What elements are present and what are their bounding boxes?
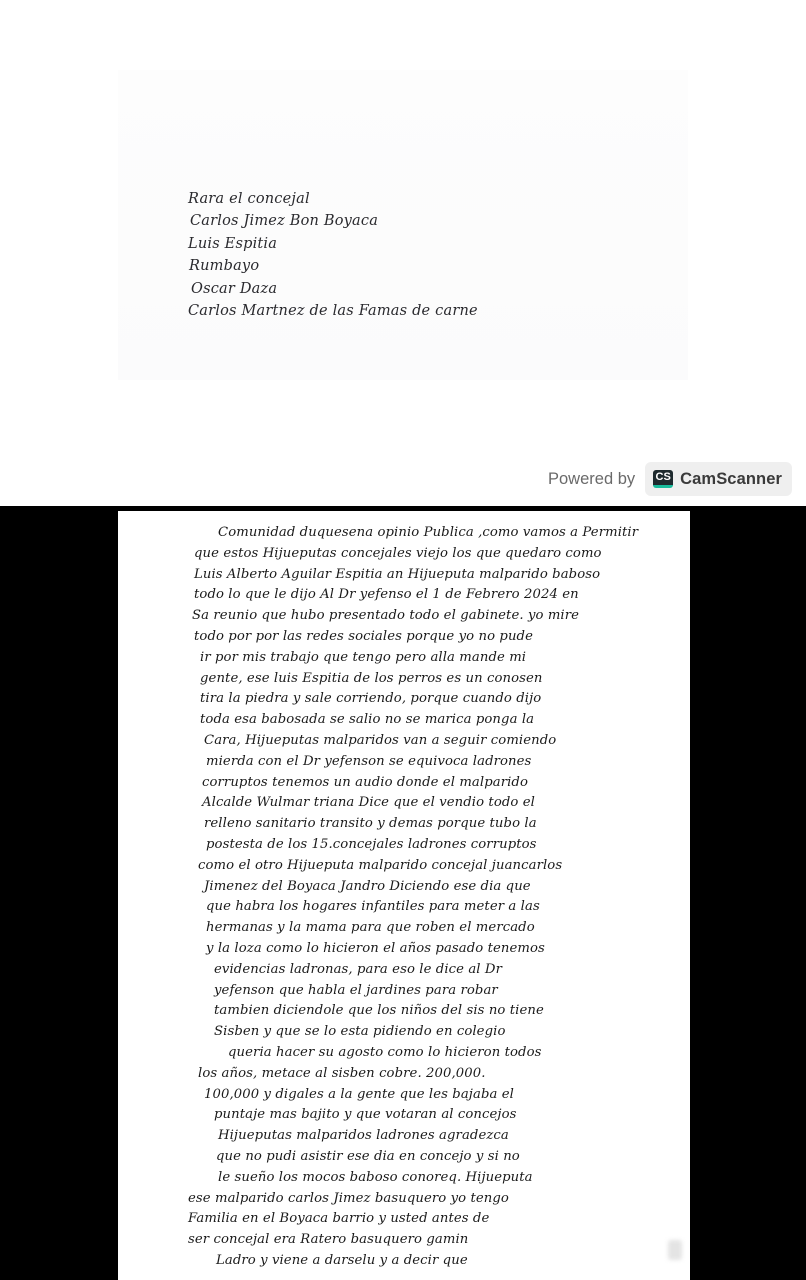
letter-line: evidencias ladronas, para eso le dice al… [118,960,690,981]
camscanner-badge: CS CamScanner [645,462,792,496]
recipients-list: Rara el concejal Carlos Jimez Bon Boyaca… [188,188,648,322]
letter-line: postesta de los 15.concejales ladrones c… [118,835,690,856]
letter-line: todo por por las redes sociales porque y… [118,627,690,648]
letter-line: relleno sanitario transito y demas porqu… [118,814,690,835]
letter-line: Cara, Hijueputas malparidos van a seguir… [118,731,690,752]
letter-line: que estos Hijueputas concejales viejo lo… [118,544,690,565]
camscanner-logo-icon: CS [653,470,673,488]
letter-line: Sisben y que se lo esta pidiendo en cole… [118,1022,690,1043]
camscanner-watermark: Powered by CS CamScanner [548,462,792,496]
letter-line: que no pudi asistir ese dia en concejo y… [118,1147,690,1168]
letter-line: puntaje mas bajito y que votaran al conc… [118,1105,690,1126]
letter-line: tambien diciendole que los niños del sis… [118,1001,690,1022]
letter-line: y la loza como lo hicieron el años pasad… [118,939,690,960]
letter-line: mierda con el Dr yefenson se equivoca la… [118,752,690,773]
letter-line: Jimenez del Boyaca Jandro Diciendo ese d… [118,877,690,898]
top-scanned-page: Rara el concejal Carlos Jimez Bon Boyaca… [0,0,806,506]
powered-by-label: Powered by [548,470,635,489]
letter-line: Sa reunio que hubo presentado todo el ga… [118,606,690,627]
letter-text-lines: Comunidad duquesena opinio Publica ,como… [118,523,690,1272]
letter-line: 100,000 y digales a la gente que les baj… [118,1085,690,1106]
letter-line: los años, metace al sisben cobre. 200,00… [118,1064,690,1085]
letter-line: le sueño los mocos baboso conoreq. Hijue… [118,1168,690,1189]
letter-line: que habra los hogares infantiles para me… [118,897,690,918]
letter-line: ser concejal era Ratero basuquero gamin [118,1230,690,1251]
letter-line: ese malparido carlos Jimez basuquero yo … [118,1189,690,1210]
recipient-line: Oscar Daza [188,278,648,300]
recipient-line: Carlos Martnez de las Famas de carne [188,300,648,322]
letter-line: Luis Alberto Aguilar Espitia an Hijueput… [118,565,690,586]
recipient-line: Luis Espitia [188,233,648,255]
letter-line: como el otro Hijueputa malparido conceja… [118,856,690,877]
letter-line: tira la piedra y sale corriendo, porque … [118,689,690,710]
letter-line: Ladro y viene a darselu y a decir que [118,1251,690,1272]
letter-line: Comunidad duquesena opinio Publica ,como… [118,523,690,544]
recipient-line: Rumbayo [188,255,648,277]
letter-line: Hijueputas malparidos ladrones agradezca [118,1126,690,1147]
recipient-line: Carlos Jimez Bon Boyaca [188,210,648,232]
recipient-line: Rara el concejal [188,188,648,210]
camscanner-brand-name: CamScanner [680,470,782,489]
letter-line: toda esa babosada se salio no se marica … [118,710,690,731]
letter-line: Familia en el Boyaca barrio y usted ante… [118,1209,690,1230]
letter-line: gente, ese luis Espitia de los perros es… [118,669,690,690]
handwritten-letter-page: Comunidad duquesena opinio Publica ,como… [118,511,690,1280]
letter-line: yefenson que habla el jardines para roba… [118,981,690,1002]
letter-line: queria hacer su agosto como lo hicieron … [118,1043,690,1064]
letter-line: Alcalde Wulmar triana Dice que el vendio… [118,793,690,814]
scan-smudge [668,1240,682,1260]
letter-line: ir por mis trabajo que tengo pero alla m… [118,648,690,669]
letter-line: todo lo que le dijo Al Dr yefenso el 1 d… [118,585,690,606]
letter-line: corruptos tenemos un audio donde el malp… [118,773,690,794]
letter-line: hermanas y la mama para que roben el mer… [118,918,690,939]
